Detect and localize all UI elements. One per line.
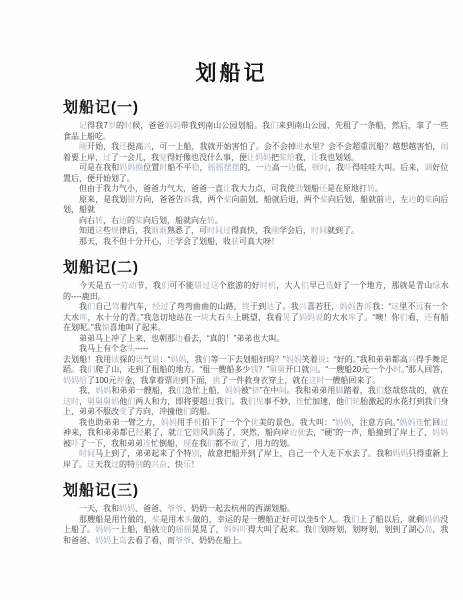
muted-character: 妈: [343, 418, 351, 427]
muted-character: 诉: [183, 195, 191, 204]
muted-character: 舅: [269, 365, 277, 374]
muted-character: 让: [176, 428, 184, 437]
muted-character: 闹: [440, 142, 448, 151]
muted-character: 刚: [79, 142, 87, 151]
muted-character: 们: [344, 397, 352, 406]
muted-character: 妈: [95, 525, 103, 534]
muted-character: 妈: [340, 302, 348, 311]
muted-character: 奋: [159, 460, 167, 469]
muted-character: 妈: [440, 428, 448, 437]
muted-character: 让: [223, 184, 231, 193]
muted-character: 机: [268, 281, 276, 290]
muted-character: 这: [95, 226, 103, 235]
muted-character: 们: [224, 397, 232, 406]
muted-character: 间: [279, 386, 287, 395]
muted-character: 爷: [167, 504, 175, 513]
paragraph: 一天，我和妈妈、爸爸、爷爷、奶奶一起去杭州的西湖划船。: [63, 504, 448, 515]
muted-character: 头: [225, 313, 233, 322]
muted-character: 挤: [252, 386, 260, 395]
muted-character: 摇: [183, 525, 191, 534]
muted-character: 敢: [231, 439, 239, 448]
paragraph: 那艘船是用竹做的，桨是用木头做的，幸运的是一艘船正好可以坐5个人。我们上了船以后…: [63, 515, 448, 547]
muted-character: 绿: [432, 281, 440, 290]
muted-character: 说: [152, 355, 160, 364]
muted-character: 妈: [169, 418, 177, 427]
muted-character: 过: [208, 397, 216, 406]
muted-character: 进: [384, 195, 392, 204]
muted-character: 摆: [224, 163, 232, 172]
muted-character: 过: [111, 460, 119, 469]
muted-character: 妈: [103, 525, 111, 534]
muted-character: 时: [320, 163, 328, 172]
muted-character: 吓: [71, 439, 79, 448]
muted-character: 摆: [232, 163, 240, 172]
paragraph: 向右转，右边的桨向后划，船就向左转。: [63, 216, 448, 227]
muted-character: 边: [288, 163, 296, 172]
muted-character: 时: [311, 226, 319, 235]
muted-character: 舅: [277, 365, 285, 374]
muted-character: 舅: [87, 397, 95, 406]
muted-character: 妈: [399, 418, 407, 427]
muted-character: 过: [103, 153, 111, 162]
muted-character: 选: [326, 281, 334, 290]
muted-character: 边: [408, 195, 416, 204]
muted-character: 兴: [143, 142, 151, 151]
paragraph: 去划船！我用试探的语气说：“妈妈，我们等一下去划船好吗？”妈妈笑着说：“好的。”…: [63, 355, 448, 387]
muted-character: 爷: [175, 504, 183, 513]
muted-character: 还: [319, 184, 327, 193]
muted-character: 时: [79, 449, 87, 458]
muted-character: 时: [207, 226, 215, 235]
section-heading: 划船记(二): [63, 256, 448, 277]
muted-character: 们: [432, 397, 440, 406]
muted-character: 妈: [294, 355, 302, 364]
muted-character: 岛: [119, 536, 127, 545]
muted-character: 驾: [112, 302, 120, 311]
muted-character: 妈: [103, 386, 111, 395]
muted-character: 过: [223, 226, 231, 235]
muted-character: 妈: [127, 163, 135, 172]
muted-character: 妈: [103, 536, 111, 545]
muted-character: 进: [296, 142, 304, 151]
muted-character: 妈: [178, 355, 186, 364]
muted-character: 兴: [299, 302, 307, 311]
muted-character: 边: [119, 216, 127, 225]
muted-character: 妈: [400, 449, 408, 458]
muted-character: 妈: [432, 428, 440, 437]
muted-character: 终: [242, 302, 250, 311]
muted-character: 现: [183, 439, 191, 448]
muted-character: 岁: [108, 121, 116, 130]
paragraph: 那天，我不但十分开心，还学会了划船，收获可真大呀！: [63, 237, 448, 248]
paragraph: 今天是五一劳动节，我们可不能错过这个旅游的好时机，大人们早已选好了一个地方，那就…: [63, 281, 448, 302]
muted-character: 们: [248, 397, 256, 406]
muted-character: 们: [207, 439, 215, 448]
muted-character: 妈: [225, 386, 233, 395]
paragraph: 我们自己驾着汽车，经过了弯弯曲曲的山路，终于到达了。我兴喜若狂，妈妈告诉我：“这…: [63, 302, 448, 334]
muted-character: 这: [63, 397, 71, 406]
muted-character: 时: [260, 281, 268, 290]
muted-character: 妈: [165, 121, 173, 130]
muted-character: 妈: [224, 525, 232, 534]
muted-character: 诉: [364, 302, 372, 311]
muted-character: 妈: [307, 313, 315, 322]
muted-character: 还: [424, 313, 432, 322]
muted-character: 钱: [250, 365, 258, 374]
muted-character: 桨: [152, 515, 160, 524]
muted-character: 见: [256, 397, 264, 406]
muted-character: 爷: [183, 536, 191, 545]
muted-character: 妈: [408, 418, 416, 427]
muted-character: 时: [71, 397, 79, 406]
muted-character: 妈: [286, 355, 294, 364]
muted-character: 妈: [95, 536, 103, 545]
paragraph: 弟弟马上冲了上来，也朝那边看去，“真的！”弟弟也大叫。: [63, 334, 448, 345]
muted-character: 稳: [191, 163, 199, 172]
document-body: 划船记(一)记得我7岁的时候，爸爸妈妈带我到南山公园划船。我们来到南山公园，先租…: [0, 96, 463, 546]
muted-character: 爷: [175, 536, 183, 545]
muted-character: 妈: [119, 163, 127, 172]
muted-character: 觉: [159, 153, 167, 162]
muted-character: 给: [287, 153, 295, 162]
muted-character: 时: [393, 365, 401, 374]
paragraph: 原来，是我划错方向，爸爸告诉我，两个桨向前划，船就后退，两个桨向后划，船就前进，…: [63, 195, 448, 216]
muted-character: 渐: [151, 226, 159, 235]
muted-character: 过: [160, 302, 168, 311]
muted-character: 妈: [111, 397, 119, 406]
muted-character: 妈: [63, 376, 71, 385]
muted-character: 们: [351, 515, 359, 524]
muted-character: 这: [87, 460, 95, 469]
muted-character: 调: [424, 163, 432, 172]
muted-character: 吓: [240, 525, 248, 534]
muted-character: 舅: [95, 397, 103, 406]
muted-character: 兴: [408, 355, 416, 364]
paragraph: 可是在我和妈妈换位置时船不平稳，摇摇摆摆的，一边高一边低，顿时，我吓得哇哇大叫。…: [63, 163, 448, 184]
muted-character: 桨: [279, 153, 287, 162]
muted-character: 桨: [320, 195, 328, 204]
muted-character: 远: [416, 302, 424, 311]
muted-character: 桨: [424, 195, 432, 204]
muted-character: 说: [315, 313, 323, 322]
paragraph: 但由于我力气小，爸爸力气大，爸爸一直让我大力点，可我使劲划船还是在原地打转。: [63, 184, 448, 195]
muted-character: 获: [231, 237, 239, 246]
muted-character: 押: [116, 376, 124, 385]
muted-character: 还: [167, 237, 175, 246]
section-heading: 划船记(三): [63, 479, 448, 500]
paragraph: 记得我7岁的时候，爸爸妈妈带我到南山公园划船。我们来到南山公园，先租了一条船，然…: [63, 121, 448, 142]
muted-character: 过: [440, 418, 448, 427]
paragraph: 我、妈妈和弟弟一艘船，我们急忙上船，妈妈被“挤”在中间。我和弟弟用脚踏着，我们悠…: [63, 386, 448, 418]
muted-character: 妈: [161, 418, 169, 427]
muted-character: 给: [79, 376, 87, 385]
muted-character: 妈: [233, 386, 241, 395]
muted-character: 让: [311, 153, 319, 162]
muted-character: 边: [175, 334, 183, 343]
muted-character: 们: [87, 302, 95, 311]
muted-character: 脚: [335, 386, 343, 395]
document-title: 划船记: [0, 57, 463, 87]
muted-character: 语: [135, 355, 143, 364]
muted-character: 轮: [352, 397, 360, 406]
muted-character: 舅: [103, 397, 111, 406]
muted-character: 说: [318, 355, 326, 364]
muted-character: 时: [124, 121, 132, 130]
muted-character: 过: [202, 281, 210, 290]
muted-character: 优: [251, 418, 259, 427]
muted-character: 们: [400, 313, 408, 322]
muted-character: 边: [264, 163, 272, 172]
paragraph: 知道这些规律后，我渐渐熟悉了，可时间过得真快，我刚学会后，时间就到了。: [63, 226, 448, 237]
muted-character: 连: [296, 397, 304, 406]
muted-character: 记: [79, 121, 87, 130]
muted-character: 们: [301, 281, 309, 290]
muted-character: 时: [159, 163, 167, 172]
muted-character: 动: [128, 281, 136, 290]
muted-character: 摇: [208, 163, 216, 172]
muted-character: 妈: [255, 153, 263, 162]
muted-character: 妈: [263, 153, 271, 162]
muted-character: 别: [191, 449, 199, 458]
muted-character: 变: [119, 407, 127, 416]
muted-character: 间: [215, 226, 223, 235]
muted-character: 换: [135, 163, 143, 172]
muted-character: 头: [127, 344, 135, 353]
muted-character: 规: [111, 226, 119, 235]
muted-character: 间: [319, 226, 327, 235]
muted-character: 岛: [424, 525, 432, 534]
muted-character: 经: [136, 428, 144, 437]
muted-character: 机: [193, 418, 201, 427]
muted-character: 们: [87, 365, 95, 374]
muted-character: 们: [312, 525, 320, 534]
muted-character: 转: [207, 216, 215, 225]
muted-character: 飘: [208, 428, 216, 437]
muted-character: 们: [203, 355, 211, 364]
paragraph: 我马上有个念头-----: [63, 344, 448, 355]
paragraph: 我也助弟弟一臂之力，妈妈用手机拍下了一个个优美的景色。我大叫：“妈妈，注意方向。…: [63, 418, 448, 450]
muted-character: 妈: [432, 515, 440, 524]
muted-character: 妈: [299, 313, 307, 322]
muted-character: 让: [247, 153, 255, 162]
muted-character: 连: [143, 439, 151, 448]
muted-character: 跑: [172, 376, 180, 385]
muted-character: 妈: [348, 302, 356, 311]
muted-character: 吓: [344, 163, 352, 172]
muted-character: 们: [270, 121, 278, 130]
document-page: 划船记 划船记(一)记得我7岁的时候，爸爸妈妈带我到南山公园划船。我们来到南山公…: [0, 0, 463, 600]
muted-character: 试: [111, 355, 119, 364]
muted-character: 别: [135, 460, 143, 469]
paragraph: 时间马上到了，弟弟起来了个特别，故意把船开到了岸上，自己一个人走下水去了。我和妈…: [63, 449, 448, 470]
muted-character: 这: [391, 302, 399, 311]
muted-character: 们: [161, 281, 169, 290]
muted-character: 达: [266, 302, 274, 311]
muted-character: 渐: [159, 226, 167, 235]
muted-character: 见: [282, 313, 290, 322]
muted-character: 库: [348, 313, 356, 322]
muted-character: 转: [367, 184, 375, 193]
muted-character: 库: [79, 313, 87, 322]
muted-character: 们: [176, 386, 184, 395]
muted-character: 间: [87, 449, 95, 458]
muted-character: 这: [211, 281, 219, 290]
muted-character: 连: [416, 418, 424, 427]
muted-character: 摇: [216, 163, 224, 172]
muted-character: 刚: [271, 226, 279, 235]
muted-character: 妈: [71, 376, 79, 385]
muted-character: 块: [201, 313, 209, 322]
muted-character: 劲: [295, 184, 303, 193]
muted-character: 们: [183, 407, 191, 416]
muted-character: 桨: [135, 216, 143, 225]
muted-character: 转: [95, 216, 103, 225]
muted-character: 妈: [232, 525, 240, 534]
paragraph: 刚开始，我还挺高兴，可一上船，我就开始害怕了。会不会掉进水里？会不会超重沉船？越…: [63, 142, 448, 163]
section-heading: 划船记(一): [63, 96, 448, 117]
muted-character: 问: [309, 365, 317, 374]
muted-character: 乐: [183, 460, 191, 469]
muted-character: 惊: [102, 323, 110, 332]
muted-character: 们: [127, 397, 135, 406]
muted-character: 驶: [297, 428, 305, 437]
muted-character: 变: [159, 525, 167, 534]
muted-character: 妈: [119, 504, 127, 513]
muted-character: 妈: [127, 504, 135, 513]
muted-character: 顿: [312, 163, 320, 172]
muted-character: 头: [184, 515, 192, 524]
muted-character: 们: [376, 386, 384, 395]
muted-character: 错: [127, 195, 135, 204]
muted-character: 桨: [224, 195, 232, 204]
muted-character: 妈: [173, 121, 181, 130]
muted-character: 还: [119, 142, 127, 151]
muted-character: 兴: [151, 460, 159, 469]
muted-character: 时: [316, 376, 324, 385]
muted-character: 挑: [212, 376, 220, 385]
muted-character: 随: [192, 428, 200, 437]
